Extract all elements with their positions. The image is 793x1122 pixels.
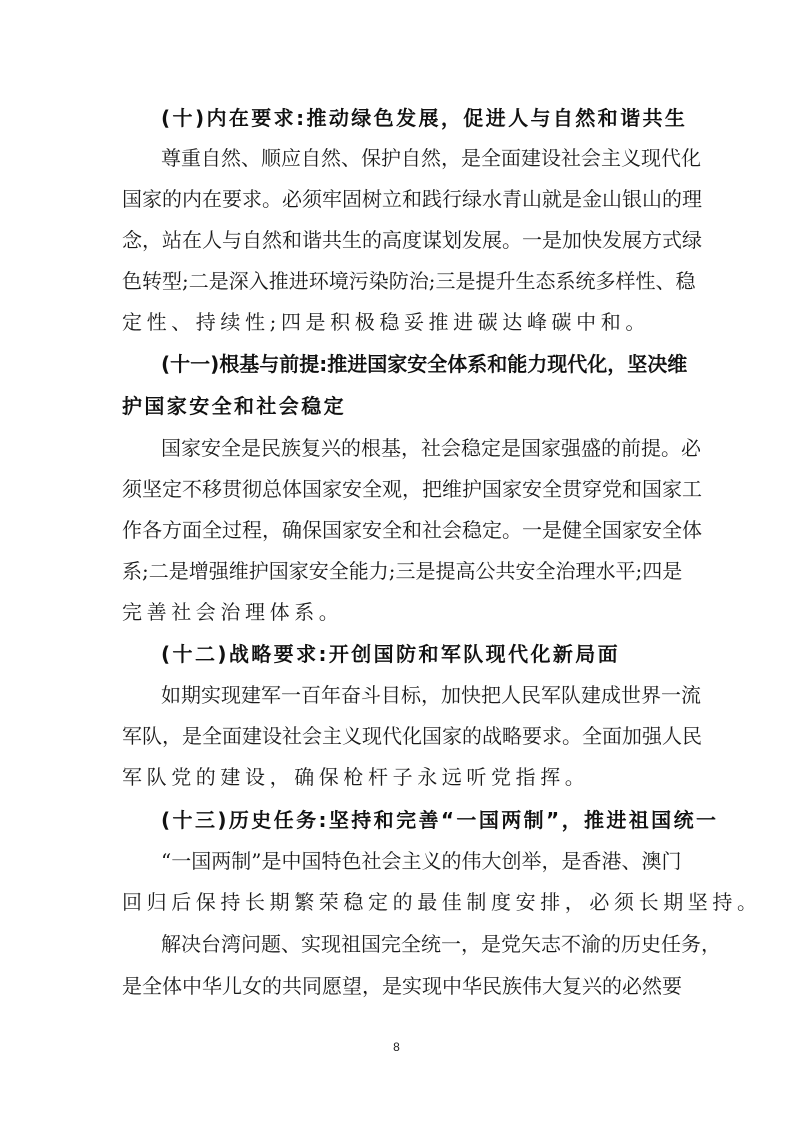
section-13-heading: (十三)历史任务:坚持和完善“一国两制”，推进祖国统一 xyxy=(161,800,674,840)
section-10-heading: (十)内在要求:推动绿色发展，促进人与自然和谐共生 xyxy=(161,98,674,138)
paragraph-line: 作各方面全过程，确保国家安全和社会稳定。一是健全国家安全体 xyxy=(122,510,674,550)
paragraph-line: 念，站在人与自然和谐共生的高度谋划发展。一是加快发展方式绿 xyxy=(122,220,674,260)
page-number: 8 xyxy=(0,1040,793,1054)
paragraph-line: 定性、持续性;四是积极稳妥推进碳达峰碳中和。 xyxy=(122,302,674,342)
paragraph-line: 军队党的建设，确保枪杆子永远听党指挥。 xyxy=(122,757,674,797)
paragraph-line: 国家的内在要求。必须牢固树立和践行绿水青山就是金山银山的理 xyxy=(122,179,674,219)
section-11-heading-cont: 护国家安全和社会稳定 xyxy=(122,386,674,426)
paragraph-line: 国家安全是民族复兴的根基，社会稳定是国家强盛的前提。必 xyxy=(161,428,674,468)
paragraph-line: 须坚定不移贯彻总体国家安全观，把维护国家安全贯穿党和国家工 xyxy=(122,469,674,509)
section-12-heading: (十二)战略要求:开创国防和军队现代化新局面 xyxy=(161,634,674,674)
paragraph-line: 军队，是全面建设社会主义现代化国家的战略要求。全面加强人民 xyxy=(122,716,674,756)
paragraph-line: 完善社会治理体系。 xyxy=(122,592,674,632)
paragraph-line: 解决台湾问题、实现祖国完全统一，是党矢志不渝的历史任务， xyxy=(161,924,674,964)
section-11-heading: (十一)根基与前提:推进国家安全体系和能力现代化，坚决维 xyxy=(161,344,674,384)
paragraph-line: 色转型;二是深入推进环境污染防治;三是提升生态系统多样性、稳 xyxy=(122,261,674,301)
paragraph-line: 回归后保持长期繁荣稳定的最佳制度安排，必须长期坚持。 xyxy=(122,882,674,922)
paragraph-line: 是全体中华儿女的共同愿望，是实现中华民族伟大复兴的必然要 xyxy=(122,966,674,1006)
paragraph-line: 如期实现建军一百年奋斗目标，加快把人民军队建成世界一流 xyxy=(161,675,674,715)
paragraph-line: 尊重自然、顺应自然、保护自然，是全面建设社会主义现代化 xyxy=(161,138,674,178)
paragraph-line: “一国两制”是中国特色社会主义的伟大创举，是香港、澳门 xyxy=(161,841,674,881)
paragraph-line: 系;二是增强维护国家安全能力;三是提高公共安全治理水平;四是 xyxy=(122,551,674,591)
